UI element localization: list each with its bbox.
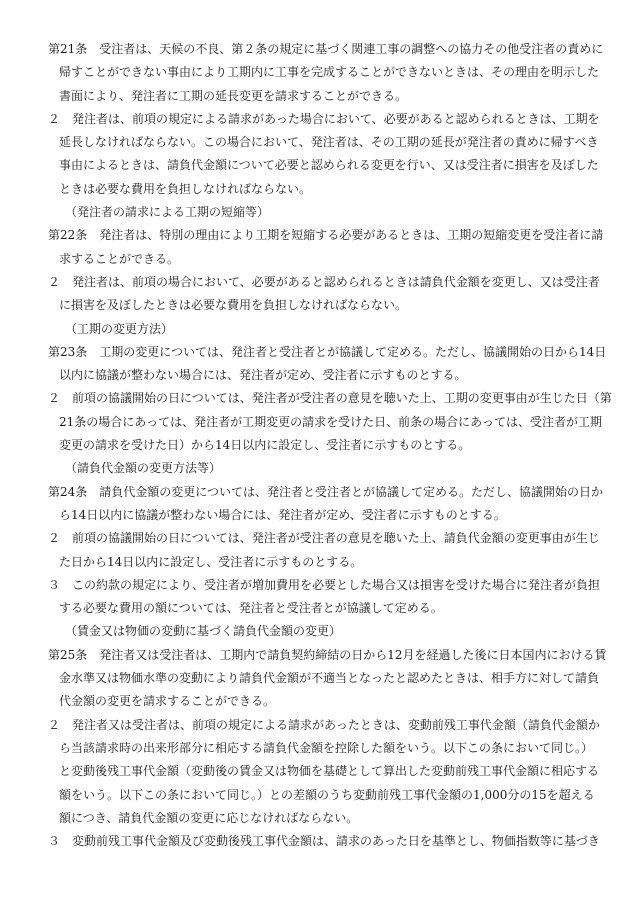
text-line: と変動後残工事代金額（変動後の賃金又は物価を基礎として算出した変動前残工事代金額… [48,760,582,783]
contract-document-page: 第21条 受注者は、天候の不良、第２条の規定に基づく関連工事の調整への協力その他… [48,38,582,853]
text-line: 書面により、発注者に工期の延長変更を請求することができる。 [48,85,582,108]
article-25-paragraph-2: ２ 発注者又は受注者は、前項の規定による請求があったときは、変動前残工事代金額（… [48,714,582,830]
text-line: 第21条 受注者は、天候の不良、第２条の規定に基づく関連工事の調整への協力その他… [48,38,582,61]
text-line: 額をいう。以下この条において同じ。）との差額のうち変動前残工事代金額の1,000… [48,784,582,807]
article-22: （発注者の請求による工期の短縮等） 第22条 発注者は、特別の理由により工期を短… [48,201,582,317]
text-line: 第22条 発注者は、特別の理由により工期を短縮する必要があるときは、工期の短縮変… [48,224,582,247]
article-24-paragraph-1: 第24条 請負代金額の変更については、発注者と受注者とが協議して定める。ただし、… [48,481,582,528]
article-23-paragraph-1: 第23条 工期の変更については、発注者と受注者とが協議して定める。ただし、協議開… [48,341,582,388]
article-23: （工期の変更方法） 第23条 工期の変更については、発注者と受注者とが協議して定… [48,318,582,458]
text-line: ２ 前項の協議開始の日については、発注者が受注者の意見を聴いた上、工期の変更事由… [48,387,582,410]
text-line: ２ 発注者は、前項の規定による請求があった場合において、必要があると認められると… [48,108,582,131]
article-25-paragraph-1: 第25条 発注者又は受注者は、工期内で請負契約締結の日から12月を経過した後に日… [48,644,582,714]
article-caption: （請負代金額の変更方法等） [48,457,582,480]
article-24-paragraph-2: ２ 前項の協議開始の日については、発注者が受注者の意見を聴いた上、請負代金額の変… [48,527,582,574]
article-caption: （工期の変更方法） [48,318,582,341]
text-line: ２ 前項の協議開始の日については、発注者が受注者の意見を聴いた上、請負代金額の変… [48,527,582,550]
text-line: 21条の場合にあっては、発注者が工期変更の請求を受けた日、前条の場合にあっては、… [48,411,582,434]
text-line: 事由によるときは、請負代金額について必要と認められる変更を行い、又は受注者に損害… [48,154,582,177]
text-line: ら当該請求時の出来形部分に相応する請負代金額を控除した額をいう。以下この条におい… [48,737,582,760]
text-line: ２ 発注者又は受注者は、前項の規定による請求があったときは、変動前残工事代金額（… [48,714,582,737]
article-25-paragraph-3: ３ 変動前残工事代金額及び変動後残工事代金額は、請求のあった日を基準とし、物価指… [48,830,582,853]
text-line: ら14日以内に協議が整わない場合には、発注者が定め、受注者に示すものとする。 [48,504,582,527]
text-line: 求することができる。 [48,248,582,271]
text-line: 代金額の変更を請求することができる。 [48,690,582,713]
text-line: ３ この約款の規定により、受注者が増加費用を必要とした場合又は損害を受けた場合に… [48,574,582,597]
text-line: する必要な費用の額については、発注者と受注者とが協議して定める。 [48,597,582,620]
text-line: 第24条 請負代金額の変更については、発注者と受注者とが協議して定める。ただし、… [48,481,582,504]
text-line: ３ 変動前残工事代金額及び変動後残工事代金額は、請求のあった日を基準とし、物価指… [48,830,582,853]
text-line: 変更の請求を受けた日）から14日以内に設定し、受注者に示すものとする。 [48,434,582,457]
article-21-paragraph-2: ２ 発注者は、前項の規定による請求があった場合において、必要があると認められると… [48,108,582,201]
text-line: 第23条 工期の変更については、発注者と受注者とが協議して定める。ただし、協議開… [48,341,582,364]
text-line: た日から14日以内に設定し、受注者に示すものとする。 [48,551,582,574]
text-line: 金水準又は物価水準の変動により請負代金額が不適当となったと認めたときは、相手方に… [48,667,582,690]
text-line: 以内に協議が整わない場合には、発注者が定め、受注者に示すものとする。 [48,364,582,387]
article-caption: （発注者の請求による工期の短縮等） [48,201,582,224]
article-24: （請負代金額の変更方法等） 第24条 請負代金額の変更については、発注者と受注者… [48,457,582,620]
text-line: ときは必要な費用を負担しなければならない。 [48,178,582,201]
article-21: 第21条 受注者は、天候の不良、第２条の規定に基づく関連工事の調整への協力その他… [48,38,582,201]
article-21-paragraph-1: 第21条 受注者は、天候の不良、第２条の規定に基づく関連工事の調整への協力その他… [48,38,582,108]
article-22-paragraph-2: ２ 発注者は、前項の場合において、必要があると認められるときは請負代金額を変更し… [48,271,582,318]
text-line: 額につき、請負代金額の変更に応じなければならない。 [48,807,582,830]
text-line: に損害を及ぼしたときは必要な費用を負担しなければならない。 [48,294,582,317]
article-22-paragraph-1: 第22条 発注者は、特別の理由により工期を短縮する必要があるときは、工期の短縮変… [48,224,582,271]
article-caption: （賃金又は物価の変動に基づく請負代金額の変更） [48,620,582,643]
article-25: （賃金又は物価の変動に基づく請負代金額の変更） 第25条 発注者又は受注者は、工… [48,620,582,853]
text-line: ２ 発注者は、前項の場合において、必要があると認められるときは請負代金額を変更し… [48,271,582,294]
article-23-paragraph-2: ２ 前項の協議開始の日については、発注者が受注者の意見を聴いた上、工期の変更事由… [48,387,582,457]
text-line: 第25条 発注者又は受注者は、工期内で請負契約締結の日から12月を経過した後に日… [48,644,582,667]
text-line: 帰すことができない事由により工期内に工事を完成することができないときは、その理由… [48,61,582,84]
article-24-paragraph-3: ３ この約款の規定により、受注者が増加費用を必要とした場合又は損害を受けた場合に… [48,574,582,621]
text-line: 延長しなければならない。この場合において、発注者は、その工期の延長が発注者の責め… [48,131,582,154]
